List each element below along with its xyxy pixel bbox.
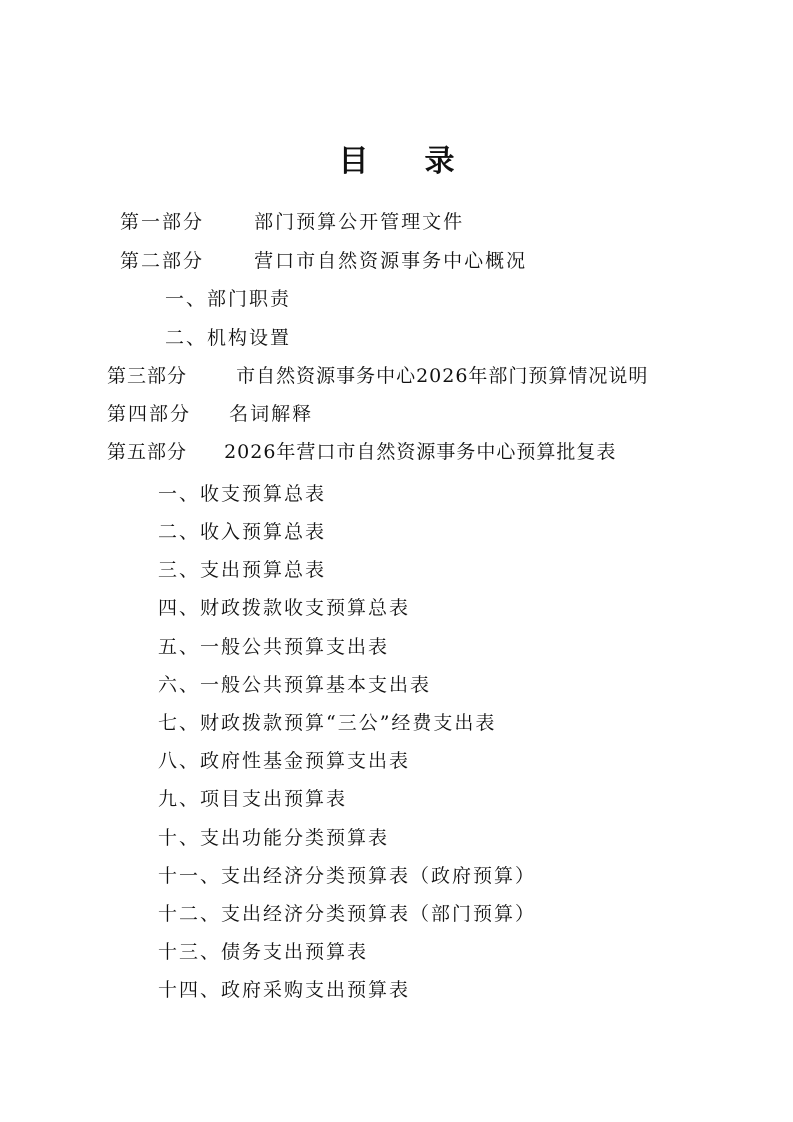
part-title: 名词解释	[229, 402, 313, 426]
part-title: 部门预算公开管理文件	[254, 210, 464, 234]
toc-subitem[interactable]: 三、支出预算总表	[158, 558, 326, 582]
part-label: 第五部分	[107, 440, 187, 464]
toc-subitem[interactable]: 四、财政拨款收支预算总表	[158, 596, 410, 620]
title-char-1: 目	[339, 136, 369, 180]
page-title: 目录	[0, 136, 793, 180]
part-title: 营口市自然资源事务中心概况	[254, 249, 527, 273]
part-label: 第一部分	[120, 210, 204, 234]
toc-subitem[interactable]: 一、收支预算总表	[158, 482, 326, 506]
toc-subitem[interactable]: 十二、支出经济分类预算表（部门预算）	[158, 902, 536, 926]
toc-part-4[interactable]: 第四部分 名词解释	[107, 402, 313, 426]
part-label: 第四部分	[107, 402, 191, 426]
toc-subitem[interactable]: 五、一般公共预算支出表	[158, 635, 389, 659]
toc-subitem[interactable]: 七、财政拨款预算“三公”经费支出表	[158, 711, 496, 735]
part-label: 第三部分	[107, 364, 187, 388]
toc-part-3[interactable]: 第三部分 市自然资源事务中心2026年部门预算情况说明	[107, 364, 648, 388]
toc-subitem[interactable]: 一、部门职责	[165, 287, 291, 311]
toc-subitem[interactable]: 二、机构设置	[165, 326, 291, 350]
toc-part-2[interactable]: 第二部分 营口市自然资源事务中心概况	[120, 249, 527, 273]
toc-part-5[interactable]: 第五部分 2026年营口市自然资源事务中心预算批复表	[107, 440, 616, 464]
toc-subitem[interactable]: 六、一般公共预算基本支出表	[158, 673, 431, 697]
toc-subitem[interactable]: 二、收入预算总表	[158, 520, 326, 544]
toc-subitem[interactable]: 十、支出功能分类预算表	[158, 826, 389, 850]
part-label: 第二部分	[120, 249, 204, 273]
part-title: 市自然资源事务中心2026年部门预算情况说明	[236, 364, 648, 388]
toc-subitem[interactable]: 十一、支出经济分类预算表（政府预算）	[158, 864, 536, 888]
toc-part-1[interactable]: 第一部分 部门预算公开管理文件	[120, 210, 464, 234]
toc-subitem[interactable]: 十三、债务支出预算表	[158, 940, 368, 964]
part-title: 2026年营口市自然资源事务中心预算批复表	[224, 440, 616, 464]
title-char-2: 录	[425, 136, 455, 180]
toc-subitem[interactable]: 九、项目支出预算表	[158, 787, 347, 811]
toc-subitem[interactable]: 八、政府性基金预算支出表	[158, 749, 410, 773]
toc-subitem[interactable]: 十四、政府采购支出预算表	[158, 978, 410, 1002]
